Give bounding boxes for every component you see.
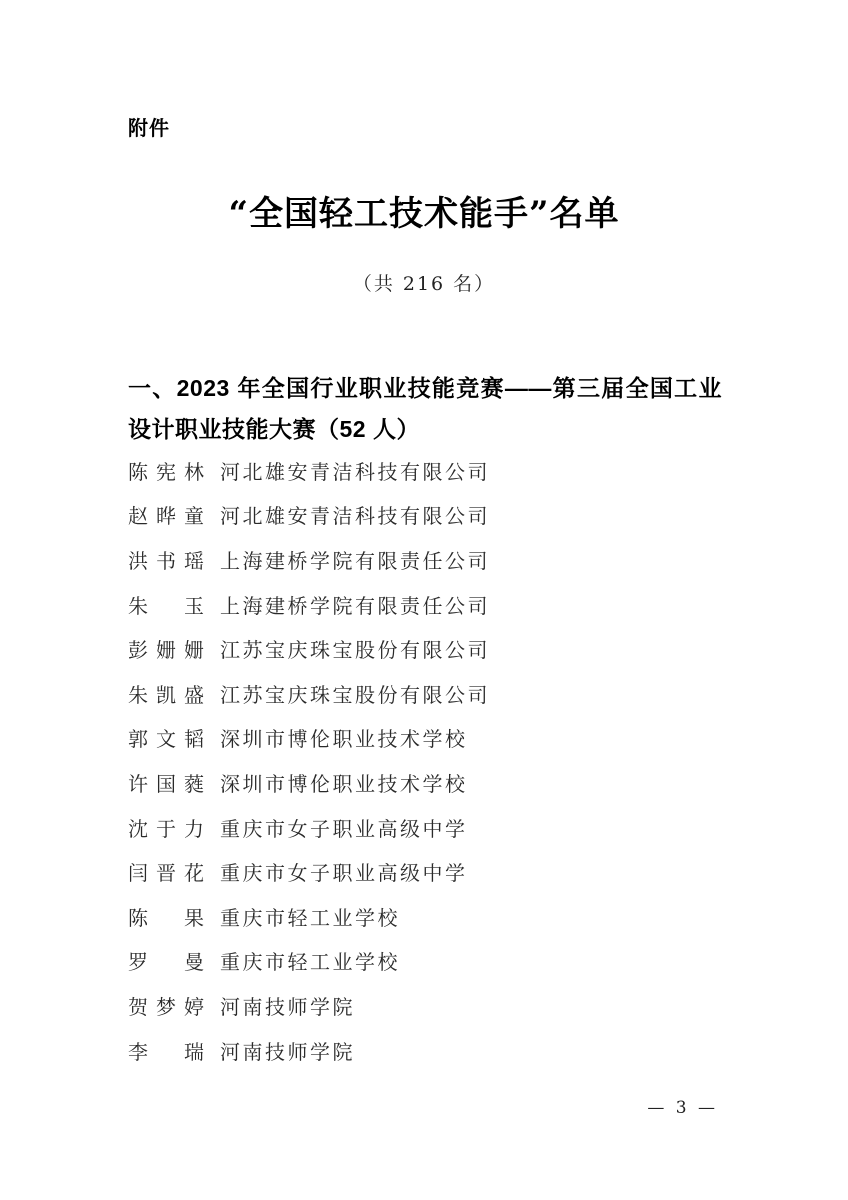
awardee-organization: 江苏宝庆珠宝股份有限公司	[220, 679, 490, 708]
awardee-name: 贺梦婷	[128, 991, 204, 1020]
awardee-name: 陈果	[128, 902, 204, 931]
total-count-note: （共 216 名）	[0, 269, 848, 296]
awardee-name: 洪书瑶	[128, 545, 204, 574]
awardee-list: 陈宪林 河北雄安青洁科技有限公司 赵晔童 河北雄安青洁科技有限公司 洪书瑶 上海…	[128, 448, 748, 1072]
awardee-organization: 深圳市博伦职业技术学校	[220, 723, 468, 752]
list-item: 李瑞 河南技师学院	[128, 1028, 748, 1073]
page-number: — 3 —	[647, 1098, 718, 1118]
awardee-organization: 重庆市轻工业学校	[220, 902, 400, 931]
section-heading: 一、2023 年全国行业职业技能竞赛——第三届全国工业设计职业技能大赛（52 人…	[128, 368, 722, 450]
awardee-organization: 河北雄安青洁科技有限公司	[220, 500, 490, 529]
list-item: 贺梦婷 河南技师学院	[128, 983, 748, 1028]
list-item: 赵晔童 河北雄安青洁科技有限公司	[128, 493, 748, 538]
awardee-name: 沈于力	[128, 813, 204, 842]
list-item: 朱玉 上海建桥学院有限责任公司	[128, 582, 748, 627]
awardee-organization: 江苏宝庆珠宝股份有限公司	[220, 634, 490, 663]
awardee-organization: 重庆市轻工业学校	[220, 946, 400, 975]
awardee-organization: 河南技师学院	[220, 991, 355, 1020]
awardee-organization: 河南技师学院	[220, 1036, 355, 1065]
awardee-name: 许国蕤	[128, 768, 204, 797]
awardee-name: 赵晔童	[128, 500, 204, 529]
list-item: 洪书瑶 上海建桥学院有限责任公司	[128, 537, 748, 582]
awardee-name: 朱玉	[128, 590, 204, 619]
list-item: 沈于力 重庆市女子职业高级中学	[128, 805, 748, 850]
document-title: “全国轻工技术能手”名单	[0, 194, 848, 234]
awardee-organization: 深圳市博伦职业技术学校	[220, 768, 468, 797]
awardee-organization: 重庆市女子职业高级中学	[220, 813, 468, 842]
list-item: 罗曼 重庆市轻工业学校	[128, 939, 748, 984]
list-item: 朱凯盛 江苏宝庆珠宝股份有限公司	[128, 671, 748, 716]
awardee-organization: 上海建桥学院有限责任公司	[220, 545, 490, 574]
awardee-name: 彭姗姗	[128, 634, 204, 663]
awardee-organization: 河北雄安青洁科技有限公司	[220, 456, 490, 485]
awardee-name: 罗曼	[128, 946, 204, 975]
attachment-label: 附件	[128, 112, 170, 141]
awardee-organization: 重庆市女子职业高级中学	[220, 857, 468, 886]
awardee-name: 闫晋花	[128, 857, 204, 886]
list-item: 闫晋花 重庆市女子职业高级中学	[128, 849, 748, 894]
list-item: 彭姗姗 江苏宝庆珠宝股份有限公司	[128, 626, 748, 671]
awardee-name: 李瑞	[128, 1036, 204, 1065]
list-item: 陈宪林 河北雄安青洁科技有限公司	[128, 448, 748, 493]
list-item: 陈果 重庆市轻工业学校	[128, 894, 748, 939]
awardee-name: 郭文韬	[128, 723, 204, 752]
awardee-name: 陈宪林	[128, 456, 204, 485]
list-item: 许国蕤 深圳市博伦职业技术学校	[128, 760, 748, 805]
awardee-organization: 上海建桥学院有限责任公司	[220, 590, 490, 619]
awardee-name: 朱凯盛	[128, 679, 204, 708]
document-page: 附件 “全国轻工技术能手”名单 （共 216 名） 一、2023 年全国行业职业…	[0, 0, 848, 1200]
list-item: 郭文韬 深圳市博伦职业技术学校	[128, 716, 748, 761]
